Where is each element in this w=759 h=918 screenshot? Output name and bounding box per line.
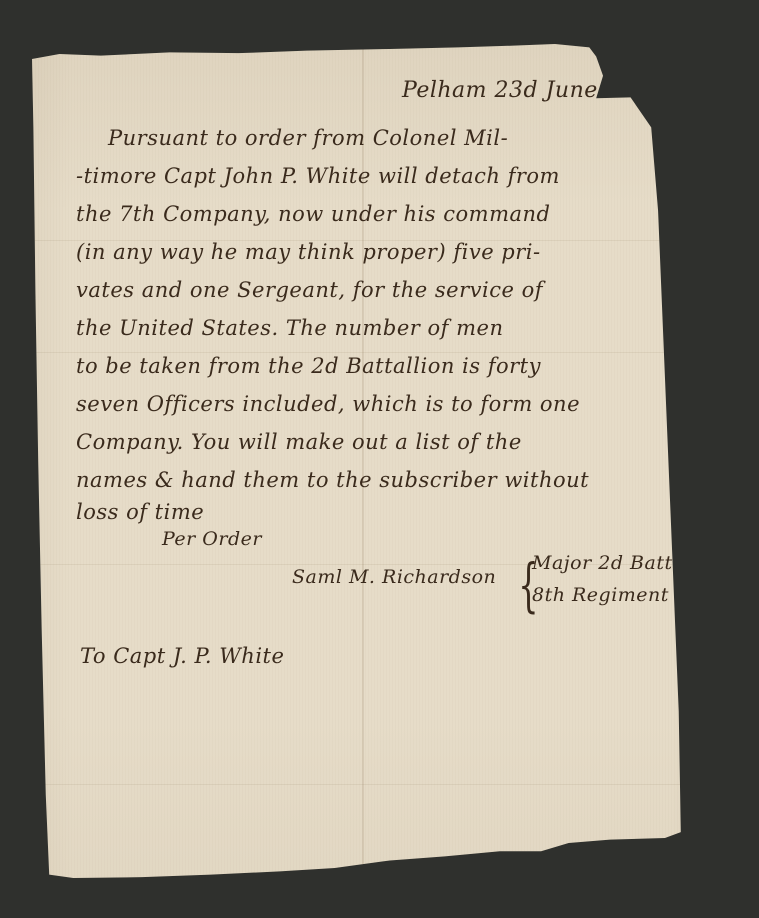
body-line-4: (in any way he may think proper) five pr…: [76, 240, 541, 264]
horizontal-paper-line: [32, 784, 720, 785]
body-line-5: vates and one Sergeant, for the service …: [76, 278, 543, 302]
horizontal-paper-line: [32, 352, 720, 353]
signer-title-regiment: 8th Regiment: [532, 584, 669, 606]
body-line-6: the United States. The number of men: [76, 316, 503, 340]
body-line-1: Pursuant to order from Colonel Mil-: [108, 126, 508, 150]
signer-title-rank: Major 2d Batt: [532, 552, 673, 574]
body-line-9: Company. You will make out a list of the: [76, 430, 522, 454]
body-line-11: loss of time: [76, 500, 204, 524]
aged-paper-sheet: Pelham 23d June 1812 Pursuant to order f…: [32, 44, 720, 878]
body-line-2: -timore Capt John P. White will detach f…: [76, 164, 560, 188]
closing-per-order: Per Order: [162, 528, 262, 550]
body-line-10: names & hand them to the subscriber with…: [76, 468, 589, 492]
body-line-8: seven Officers included, which is to for…: [76, 392, 580, 416]
body-line-3: the 7th Company, now under his command: [76, 202, 550, 226]
body-line-7: to be taken from the 2d Battallion is fo…: [76, 354, 541, 378]
signature: Saml M. Richardson: [292, 566, 496, 588]
addressee: To Capt J. P. White: [80, 644, 284, 668]
